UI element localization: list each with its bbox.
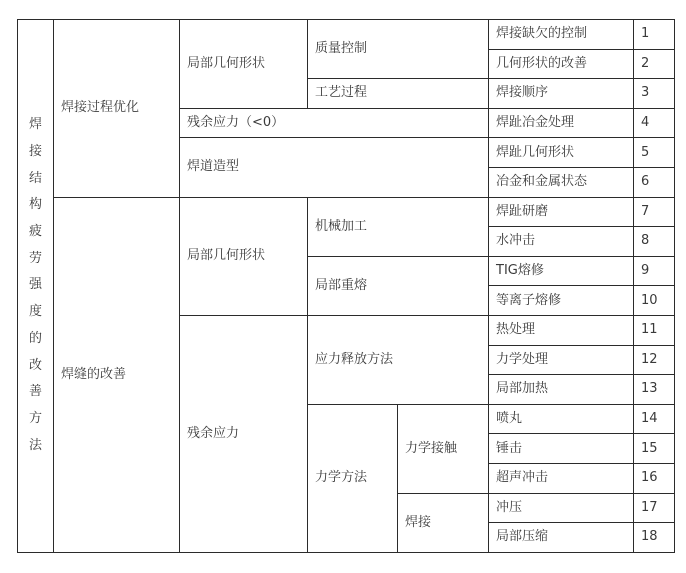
subsubgroup-cell: 局部重熔 — [308, 256, 489, 315]
item-name: 焊趾研磨 — [489, 197, 634, 227]
item-name: TIG熔修 — [489, 256, 634, 286]
item-name: 焊趾冶金处理 — [489, 108, 634, 138]
table-row: 焊缝的改善 局部几何形状 机械加工 焊趾研磨 7 — [18, 197, 675, 227]
item-name: 焊趾几何形状 — [489, 138, 634, 168]
item-number: 13 — [634, 375, 675, 405]
subgroup-cell: 局部几何形状 — [180, 197, 308, 315]
item-number: 8 — [634, 227, 675, 257]
subsubgroup-cell: 质量控制 — [308, 20, 489, 79]
item-number: 5 — [634, 138, 675, 168]
item-name: 锤击 — [489, 434, 634, 464]
item-name: 水冲击 — [489, 227, 634, 257]
item-name: 局部压缩 — [489, 523, 634, 553]
item-number: 15 — [634, 434, 675, 464]
item-number: 6 — [634, 167, 675, 197]
table-row: 焊 接 结 构 疲 劳 强 度 的 改 善 方 法 焊接过程优化 局部几何形状 … — [18, 20, 675, 50]
item-number: 7 — [634, 197, 675, 227]
item-number: 1 — [634, 20, 675, 50]
item-name: 超声冲击 — [489, 463, 634, 493]
subgroup-cell: 残余应力（<0） — [180, 108, 489, 138]
item-number: 11 — [634, 315, 675, 345]
item-name: 冶金和金属状态 — [489, 167, 634, 197]
item-number: 18 — [634, 523, 675, 553]
item-number: 3 — [634, 79, 675, 109]
weld-fatigue-methods-table: 焊 接 结 构 疲 劳 强 度 的 改 善 方 法 焊接过程优化 局部几何形状 … — [17, 19, 675, 553]
item-name: 等离子熔修 — [489, 286, 634, 316]
item-number: 2 — [634, 49, 675, 79]
subsubgroup-cell: 力学方法 — [308, 404, 398, 552]
subgroup-cell: 局部几何形状 — [180, 20, 308, 109]
subsubgroup-cell: 机械加工 — [308, 197, 489, 256]
method-cell: 力学接触 — [398, 404, 489, 493]
item-number: 4 — [634, 108, 675, 138]
item-name: 几何形状的改善 — [489, 49, 634, 79]
item-name: 力学处理 — [489, 345, 634, 375]
subgroup-cell: 残余应力 — [180, 315, 308, 552]
subsubgroup-cell: 应力释放方法 — [308, 315, 489, 404]
method-cell: 焊接 — [398, 493, 489, 552]
item-name: 冲压 — [489, 493, 634, 523]
subgroup-cell: 焊道造型 — [180, 138, 489, 197]
item-name: 局部加热 — [489, 375, 634, 405]
root-category-cell: 焊 接 结 构 疲 劳 强 度 的 改 善 方 法 — [18, 20, 54, 553]
subsubgroup-cell: 工艺过程 — [308, 79, 489, 109]
item-number: 17 — [634, 493, 675, 523]
item-name: 喷丸 — [489, 404, 634, 434]
root-category-label: 焊 接 结 构 疲 劳 强 度 的 改 善 方 法 — [18, 112, 53, 459]
item-number: 9 — [634, 256, 675, 286]
item-number: 14 — [634, 404, 675, 434]
group-cell-process-optimization: 焊接过程优化 — [54, 20, 180, 198]
item-number: 12 — [634, 345, 675, 375]
item-number: 10 — [634, 286, 675, 316]
item-name: 焊接顺序 — [489, 79, 634, 109]
item-name: 焊接缺欠的控制 — [489, 20, 634, 50]
group-cell-weld-improvement: 焊缝的改善 — [54, 197, 180, 552]
item-number: 16 — [634, 463, 675, 493]
item-name: 热处理 — [489, 315, 634, 345]
